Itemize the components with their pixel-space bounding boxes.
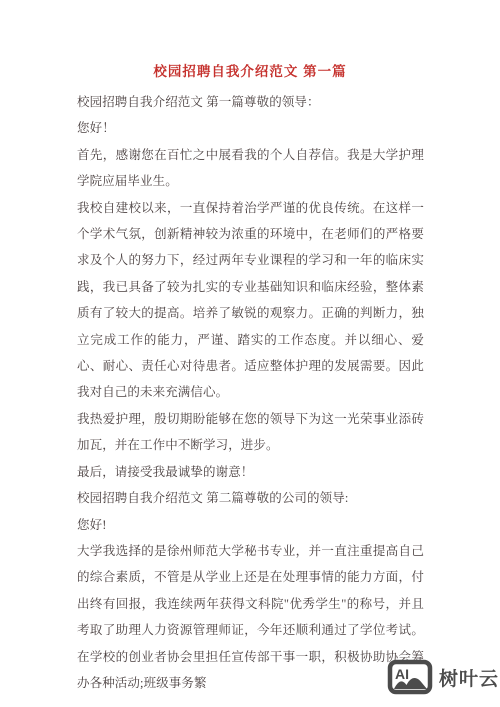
paragraph: 您好！ (77, 115, 424, 141)
paragraph: 最后，请接受我最诚挚的谢意！ (77, 459, 424, 485)
document-page: 校园招聘自我介绍范文 第一篇 校园招聘自我介绍范文 第一篇尊敬的领导：您好！首先… (0, 0, 500, 707)
ai-image-icon: AI (387, 659, 433, 695)
brand-watermark: AI 树叶云 (387, 659, 499, 695)
paragraph: 首先，感谢您在百忙之中展看我的个人自荐信。我是大学护理学院应届毕业生。 (77, 142, 424, 195)
document-body: 校园招聘自我介绍范文 第一篇尊敬的领导：您好！首先，感谢您在百忙之中展看我的个人… (77, 89, 424, 696)
paragraph: 校园招聘自我介绍范文 第一篇尊敬的领导： (77, 89, 424, 115)
paragraph: 我热爱护理，殷切期盼能够在您的领导下为这一光荣事业添砖加瓦，并在工作中不断学习，… (77, 406, 424, 459)
paragraph: 我校自建校以来，一直保持着治学严谨的优良传统。在这样一个学术气氛，创新精神较为浓… (77, 195, 424, 406)
svg-text:AI: AI (395, 666, 409, 682)
document-title: 校园招聘自我介绍范文 第一篇 (0, 62, 500, 82)
paragraph: 您好! (77, 512, 424, 538)
paragraph: 校园招聘自我介绍范文 第二篇尊敬的公司的领导: (77, 485, 424, 511)
paragraph: 大学我选择的是徐州师范大学秘书专业，并一直注重提高自己的综合素质，不管是从学业上… (77, 538, 424, 696)
brand-name: 树叶云 (439, 664, 499, 691)
